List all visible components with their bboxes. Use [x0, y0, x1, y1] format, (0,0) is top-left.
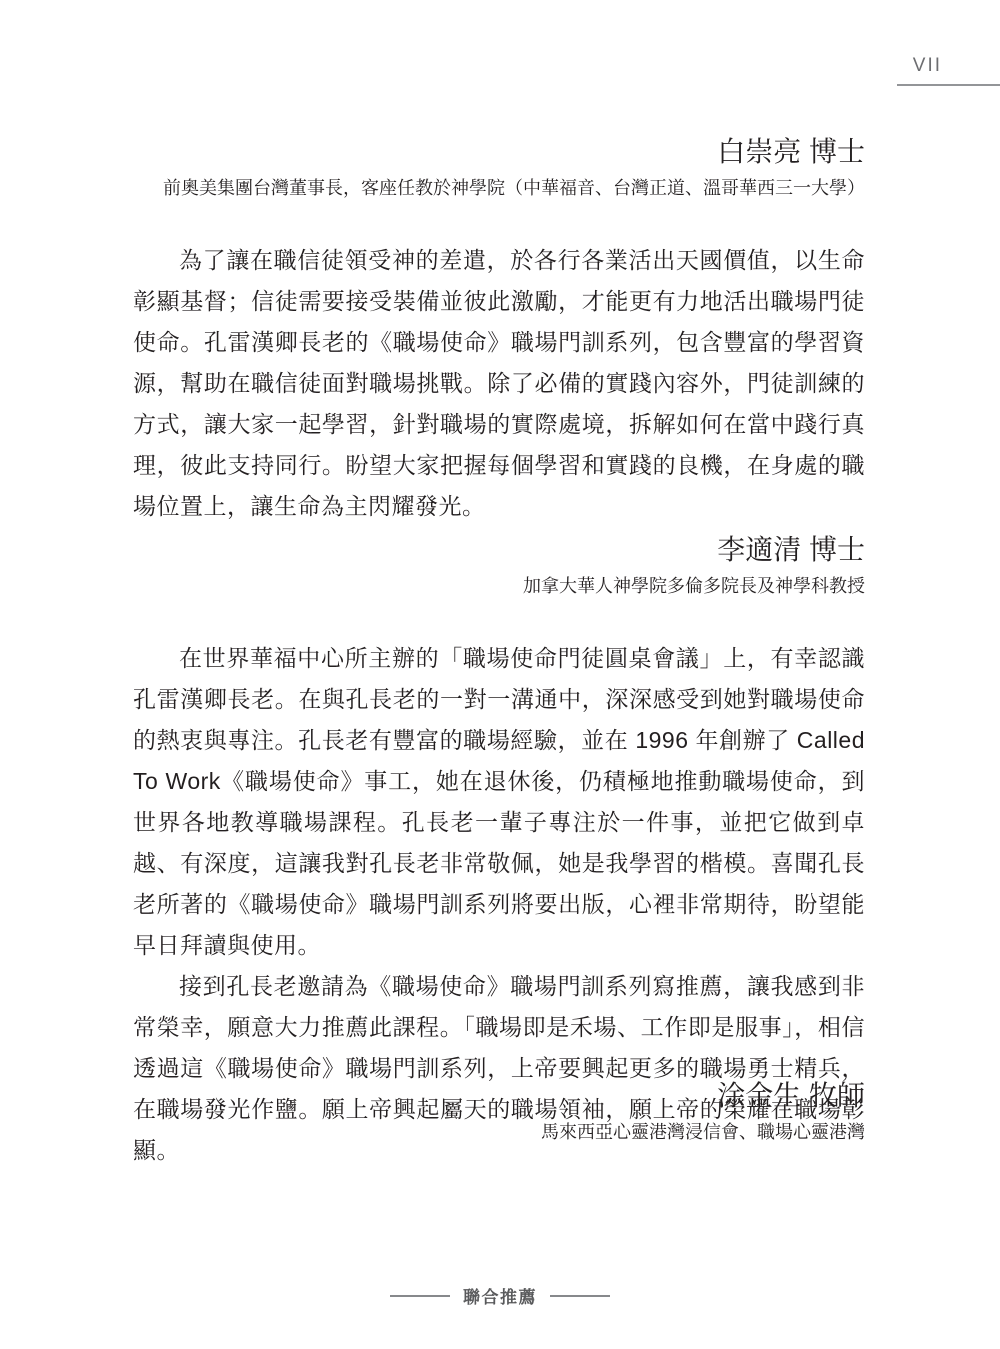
endorser-affiliation: 加拿大華人神學院多倫多院長及神學科教授: [133, 575, 865, 597]
endorsement-paragraph: 為了讓在職信徒領受神的差遣，於各行各業活出天國價值，以生命彰顯基督；信徒需要接受…: [133, 240, 865, 527]
endorser-name: 涂金生 牧師: [133, 1080, 865, 1112]
endorsement-text-1: 為了讓在職信徒領受神的差遣，於各行各業活出天國價值，以生命彰顯基督；信徒需要接受…: [133, 240, 865, 527]
endorser-affiliation: 馬來西亞心靈港灣浸信會、職場心靈港灣: [133, 1121, 865, 1143]
endorsement-paragraph: 在世界華福中心所主辦的「職場使命門徒圓桌會議」上，有幸認識孔雷漢卿長老。在與孔長…: [133, 638, 865, 966]
endorser-affiliation: 前奧美集團台灣董事長，客座任教於神學院（中華福音、台灣正道、溫哥華西三一大學）: [133, 177, 865, 199]
header-rule: [897, 84, 1000, 86]
endorser-signature-2: 李適清 博士 加拿大華人神學院多倫多院長及神學科教授: [133, 534, 865, 597]
footer-label: 聯合推薦: [463, 1283, 537, 1308]
section-footer: 聯合推薦: [0, 1283, 1000, 1308]
endorser-name: 李適清 博士: [133, 534, 865, 566]
footer-rule-right: [550, 1295, 610, 1297]
endorser-signature-1: 白崇亮 博士 前奧美集團台灣董事長，客座任教於神學院（中華福音、台灣正道、溫哥華…: [133, 136, 865, 199]
endorser-signature-3: 涂金生 牧師 馬來西亞心靈港灣浸信會、職場心靈港灣: [133, 1080, 865, 1143]
page-number: VII: [913, 55, 942, 77]
footer-rule-left: [390, 1295, 450, 1297]
book-page: VII 白崇亮 博士 前奧美集團台灣董事長，客座任教於神學院（中華福音、台灣正道…: [0, 0, 1000, 1349]
endorser-name: 白崇亮 博士: [133, 136, 865, 168]
